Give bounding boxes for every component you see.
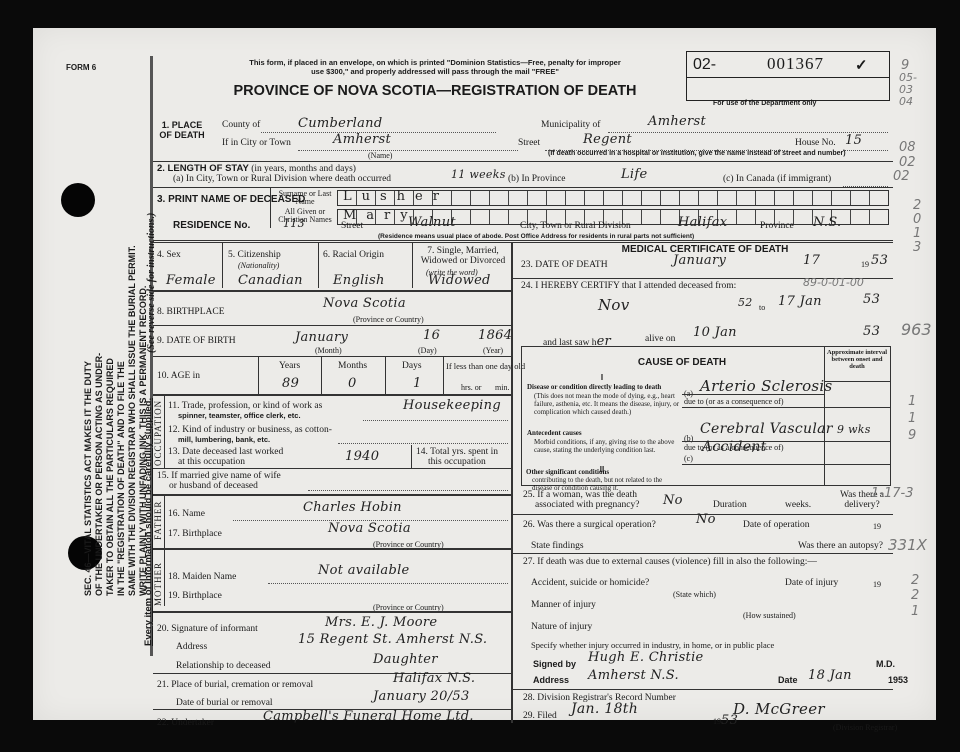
informant-address-label: Address	[176, 642, 207, 652]
filed-value: Jan. 18th	[571, 701, 638, 717]
municipality-label: Municipality of	[541, 120, 600, 130]
birthplace-value: Nova Scotia	[323, 296, 406, 311]
pencil-annotation: 1-17-3	[871, 486, 913, 501]
operation-value: No	[696, 512, 716, 527]
stay-city-label: (a) In City, Town or Rural Division wher…	[173, 174, 391, 184]
residence-province-label: Province	[760, 221, 794, 231]
caption: (How sustained)	[743, 611, 796, 620]
immediate-cause-note: (This does not mean the mode of dying, e…	[534, 392, 680, 416]
municipality-value: Amherst	[648, 114, 706, 129]
age-days-label: Days	[402, 361, 422, 371]
other-conditions-box: contributing to the death, but not relat…	[521, 438, 891, 486]
residence-note: (Residence means usual place of abode. P…	[378, 233, 694, 240]
year-prefix: 19	[873, 580, 881, 589]
citizenship-label: 5. Citizenship	[228, 250, 281, 260]
pencil-annotation: 2	[911, 588, 919, 603]
residence-city-value: Halifax	[678, 215, 727, 230]
certify-label: 24. I HEREBY CERTIFY that I attended dec…	[521, 281, 736, 291]
hospital-note: (If death occurred in a hospital or inst…	[548, 150, 846, 157]
stay-canada-label: (c) In Canada (if immigrant)	[723, 174, 831, 184]
racial-label: 6. Racial Origin	[323, 250, 384, 260]
father-birthplace-label: 17. Birthplace	[168, 529, 222, 539]
signed-label: Signed by	[533, 659, 576, 669]
pencil-annotation: 89-0-01-00	[803, 276, 864, 289]
father-birthplace-value: Nova Scotia	[328, 521, 411, 536]
street-label: Street	[518, 138, 540, 148]
undertaker-label: 22. Undertaker	[157, 718, 214, 728]
father-section-label: FATHER	[153, 501, 163, 540]
year-prefix: 19	[873, 522, 881, 531]
nature-label: Nature of injury	[531, 622, 592, 632]
pregnancy-label: 25. If a woman, was the death associated…	[523, 490, 639, 510]
residence-province-value: N.S.	[813, 215, 841, 230]
pencil-annotation: 0	[913, 212, 921, 227]
sex-label: 4. Sex	[157, 250, 181, 260]
informant-signature-value: Mrs. E. J. Moore	[325, 615, 437, 630]
pregnancy-value: No	[663, 493, 683, 508]
registration-number: 001367	[767, 54, 824, 74]
cause-title: CAUSE OF DEATH	[582, 357, 782, 368]
mailing-notice: This form, if placed in an envelope, on …	[185, 58, 685, 76]
last-saw-year: 53	[863, 324, 880, 339]
age-months-value: 0	[348, 376, 357, 391]
part-one-label: I	[522, 373, 682, 382]
doctor-address-value: Amherst N.S.	[588, 668, 679, 683]
informant-address-value: 15 Regent St. Amherst N.S.	[298, 632, 487, 647]
surname-label: Surname or Last Name	[275, 190, 335, 206]
age-less-label: If less than one day old	[446, 361, 525, 371]
alive-on-label: alive on	[645, 334, 675, 344]
attended-from-year: 52	[738, 296, 753, 309]
attended-to-value: 17 Jan	[778, 294, 822, 309]
pencil-annotation: 3	[913, 240, 921, 255]
md-label: M.D.	[876, 659, 895, 669]
county-value: Cumberland	[298, 116, 382, 131]
attended-to-year: 53	[863, 292, 880, 307]
due-to-label: due to (or as a consequence of)	[684, 397, 784, 406]
last-worked-label: 13. Date deceased last worked at this oc…	[168, 447, 283, 467]
punch-hole	[61, 183, 95, 217]
signed-value: Hugh E. Christie	[588, 650, 704, 665]
interval-header: Approximate interval between onset and d…	[826, 349, 888, 370]
last-saw-date-value: 10 Jan	[693, 325, 737, 340]
certificate-date-value: 18 Jan	[808, 668, 852, 683]
dod-label: 23. DATE OF DEATH	[521, 260, 608, 270]
dob-month-value: January	[295, 330, 348, 345]
autopsy-label: Was there an autopsy?	[798, 541, 883, 551]
burial-date-value: January 20/53	[373, 689, 470, 704]
cause-b-interval: 9 wks	[837, 423, 871, 436]
cause-a-value: Arterio Sclerosis	[700, 377, 833, 395]
dod-month-value: January	[673, 253, 726, 268]
sex-value: Female	[166, 273, 216, 288]
pencil-annotation: 9	[908, 428, 916, 443]
trade-value: Housekeeping	[403, 398, 501, 413]
burial-date-label: Date of burial or removal	[176, 698, 273, 708]
mother-maiden-value: Not available	[318, 563, 410, 578]
caption: (Nationality)	[238, 261, 279, 270]
department-note: For use of the Department only	[713, 100, 816, 107]
dod-year-value: 53	[871, 253, 888, 268]
burial-place-label: 21. Place of burial, cremation or remova…	[157, 680, 313, 690]
residence-no-value: 113	[283, 217, 305, 230]
caption: (State which)	[673, 590, 716, 599]
burial-place-value: Halifax N.S.	[393, 671, 475, 686]
to-label: to	[759, 303, 765, 312]
dod-day-value: 17	[803, 253, 820, 268]
mother-section-label: MOTHER	[153, 562, 163, 606]
pencil-annotation: 1	[908, 411, 916, 426]
city-value: Amherst	[333, 132, 391, 147]
caption: (Division Registrar)	[833, 723, 897, 732]
statute-text: SEC. 46—VITAL STATISTICS ACT MAKES IT TH…	[83, 245, 149, 596]
surname-value: Lusher	[343, 189, 449, 204]
pencil-annotation: 331X	[888, 536, 927, 554]
occupation-section-label: OCCUPATION	[153, 400, 163, 466]
last-worked-value: 1940	[345, 449, 379, 464]
place-of-death-label: 1. PLACE OF DEATH	[157, 120, 207, 140]
residence-street-value: Walnut	[408, 215, 456, 230]
undertaker-value: Campbell's Funeral Home Ltd.	[263, 709, 474, 724]
pencil-annotation: 1	[913, 226, 921, 241]
birthplace-label: 8. BIRTHPLACE	[157, 307, 225, 317]
operation-date-label: Date of operation	[743, 520, 809, 530]
age-days-value: 1	[413, 376, 422, 391]
external-causes-label: 27. If death was due to external causes …	[523, 557, 817, 567]
age-label: 10. AGE in	[157, 371, 200, 381]
residence-street-label: Street	[341, 221, 363, 231]
specify-label: Specify whether injury occurred in indus…	[531, 640, 774, 650]
caption: (Month)	[315, 346, 342, 355]
findings-label: State findings	[531, 541, 584, 551]
hrs-label: hrs. or	[461, 383, 481, 392]
pencil-annotation: 02	[899, 155, 916, 170]
informant-signature-label: 20. Signature of informant	[157, 624, 258, 634]
dob-year-value: 1864	[478, 328, 512, 343]
caption: (Year)	[483, 346, 503, 355]
pencil-annotation: 02	[893, 169, 910, 184]
stay-province-label: (b) In Province	[508, 174, 566, 184]
department-box: 02- 001367 ✓	[686, 51, 890, 101]
duration-label: Duration	[713, 500, 747, 510]
accident-label: Accident, suicide or homicide?	[531, 578, 649, 588]
pencil-annotation: 1	[908, 394, 916, 409]
caption: (Province or Country)	[353, 315, 424, 324]
dob-day-value: 16	[423, 328, 440, 343]
marital-value: Widowed	[428, 273, 491, 288]
manner-label: Manner of injury	[531, 600, 596, 610]
immediate-cause-label: Disease or condition directly leading to…	[527, 383, 677, 391]
weeks-label: weeks.	[785, 500, 811, 510]
registrar-signature: D. McGreer	[733, 700, 825, 718]
spouse-label: 15. If married give name of wife or husb…	[157, 471, 281, 491]
doctor-address-label: Address	[533, 675, 569, 685]
pencil-annotation: 1	[911, 604, 919, 619]
residence-city-label: City, Town or Rural Division	[520, 221, 631, 231]
death-registration-form: FORM 6 SEC. 46—VITAL STATISTICS ACT MAKE…	[33, 28, 936, 720]
form-number: FORM 6	[66, 63, 96, 72]
street-value: Regent	[583, 132, 632, 147]
residence-label: RESIDENCE No.	[173, 220, 250, 231]
citizenship-value: Canadian	[238, 273, 303, 288]
house-value: 15	[845, 133, 862, 148]
stay-province-value: Life	[621, 167, 648, 182]
certificate-year: 1953	[888, 675, 908, 685]
cause-b-value: Cerebral Vascular	[700, 421, 833, 437]
stay-city-value: 11 weeks	[451, 168, 506, 181]
industry-label: 12. Kind of industry or business, as cot…	[168, 425, 332, 445]
caption: (Name)	[368, 151, 392, 160]
caption: (Day)	[418, 346, 437, 355]
check-mark-icon: ✓	[855, 56, 868, 75]
age-years-label: Years	[279, 361, 300, 371]
filed-label: 29. Filed	[523, 711, 557, 721]
father-name-value: Charles Hobin	[303, 500, 402, 515]
instructions-note: (See reverse side for instructions.)	[146, 213, 157, 353]
min-label: min.	[495, 383, 509, 392]
relationship-label: Relationship to deceased	[176, 661, 270, 671]
age-years-value: 89	[282, 376, 299, 391]
antecedent-label: Antecedent causes	[527, 429, 582, 437]
house-label: House No.	[795, 138, 836, 148]
injury-date-label: Date of injury	[785, 578, 838, 588]
operation-label: 26. Was there a surgical operation?	[523, 520, 656, 530]
pencil-annotation: 04	[899, 95, 913, 108]
years-spent-label: 14. Total yrs. spent in this occupation	[416, 447, 498, 467]
dob-label: 9. DATE OF BIRTH	[157, 336, 236, 346]
certificate-date-label: Date	[778, 675, 798, 685]
racial-value: English	[333, 273, 385, 288]
length-of-stay-label: 2. LENGTH OF STAY (in years, months and …	[157, 163, 356, 174]
trade-label: 11. Trade, profession, or kind of work a…	[168, 401, 322, 421]
registration-prefix: 02-	[693, 56, 716, 74]
form-title: PROVINCE OF NOVA SCOTIA—REGISTRATION OF …	[185, 83, 685, 99]
marital-label: 7. Single, Married, Widowed or Divorced	[417, 246, 509, 266]
year-prefix: 19	[861, 260, 869, 269]
age-months-label: Months	[338, 361, 367, 371]
pencil-annotation: 2	[911, 573, 919, 588]
mother-maiden-label: 18. Maiden Name	[168, 572, 236, 582]
relationship-value: Daughter	[373, 652, 438, 667]
pencil-annotation: 963	[901, 320, 932, 339]
father-name-label: 16. Name	[168, 509, 205, 519]
county-label: County of	[222, 120, 260, 130]
city-label: If in City or Town	[222, 138, 291, 148]
pencil-annotation: 2	[913, 198, 921, 213]
attended-from-value: Nov	[598, 296, 630, 314]
mother-birthplace-label: 19. Birthplace	[168, 591, 222, 601]
pencil-annotation: 08	[899, 140, 916, 155]
